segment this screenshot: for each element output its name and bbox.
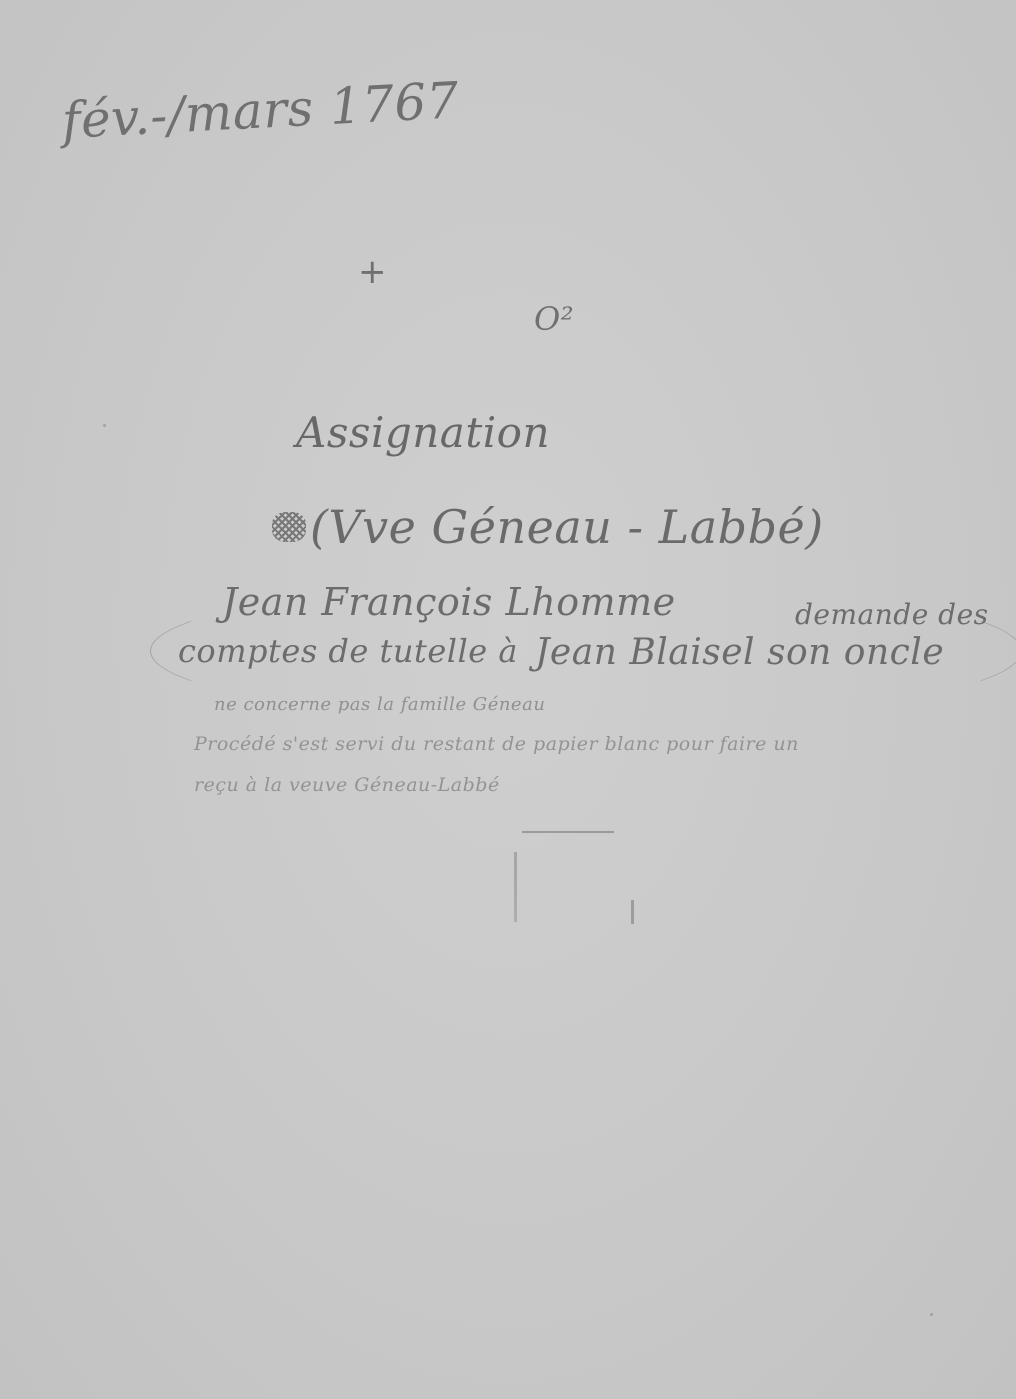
pencil-note-1: ne concerne pas la famille Géneau	[214, 694, 545, 715]
pencil-note-3: reçu à la veuve Géneau-Labbé	[194, 774, 500, 796]
description-line2-b: Jean Blaisel son oncle	[535, 632, 944, 673]
document-subtitle: (Vve Géneau - Labbé)	[310, 500, 824, 554]
pencil-frame-right	[631, 900, 634, 924]
pencil-frame-top	[522, 831, 614, 833]
description-line1-a: Jean François Lhomme	[222, 580, 676, 624]
reference-mark: O²	[534, 300, 574, 338]
document-page: fév.-/mars 1767 + O² Assignation (Vve Gé…	[0, 0, 1016, 1399]
pencil-frame-left	[514, 852, 517, 922]
paper-speck	[103, 424, 106, 427]
cross-mark: +	[358, 252, 387, 292]
pencil-note-2: Procédé s'est servi du restant de papier…	[194, 733, 799, 755]
date-heading: fév.-/mars 1767	[60, 71, 460, 150]
crossed-out-scribble-icon	[272, 512, 306, 542]
description-line2-a: comptes de tutelle à	[178, 632, 518, 670]
document-title: Assignation	[296, 408, 550, 457]
description-line1-b: demande des	[795, 598, 989, 631]
paper-speck	[930, 1313, 933, 1316]
